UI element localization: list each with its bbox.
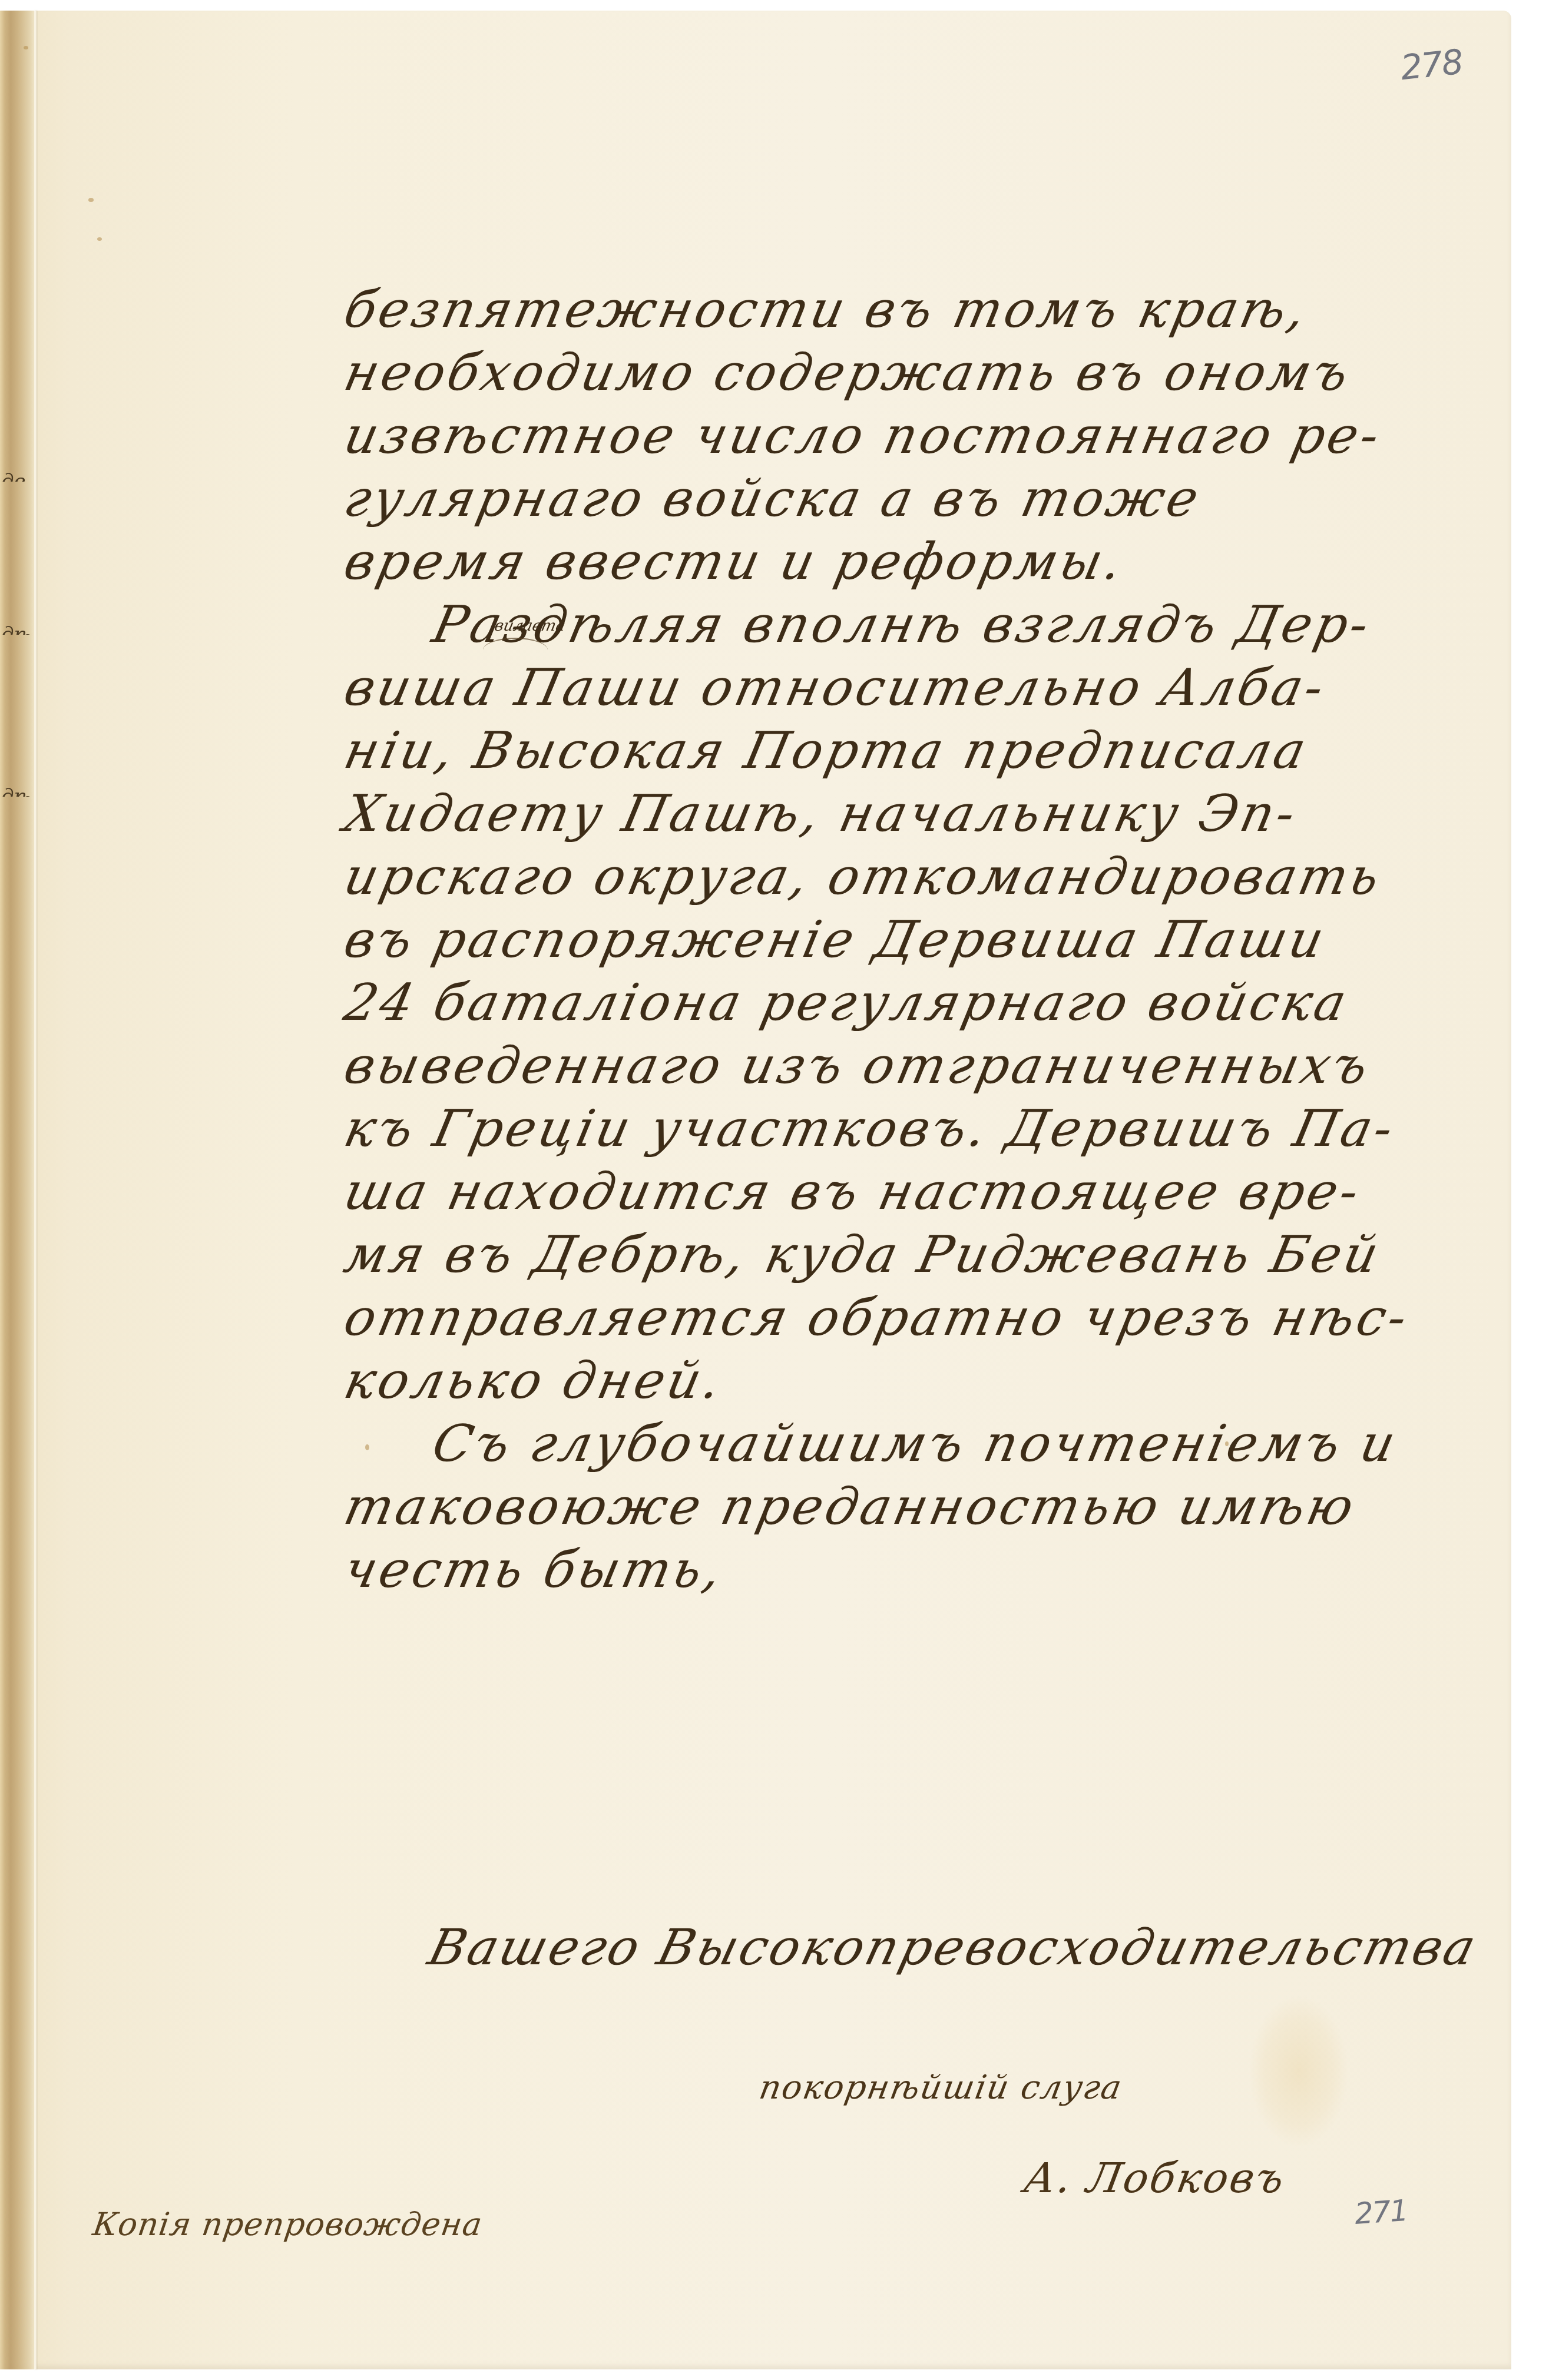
folio-number-top: 278 [1399,42,1464,88]
binding-edge [34,11,37,2369]
body-line: Хидаету Пашѣ, начальнику Эп- [339,783,1507,846]
margin-fragment: дѣ [1,623,31,635]
body-line: отправляется обратно чрезъ нѣс- [339,1287,1507,1350]
body-line: виша Паши относительно Алба- [339,657,1507,720]
body-line: ша находится въ настоящее вре- [339,1161,1507,1224]
closing-salutation: Вашего Высокопревосходительства [423,1918,1484,1976]
paper-stain [365,1444,369,1450]
binding-strip [0,11,34,2369]
folio-number-bottom: 271 [1353,2193,1408,2231]
paper-stain [97,237,102,241]
closing-servant: покорнѣйшій слуга [756,2069,1126,2107]
body-line: извѣстное число постояннаго ре- [339,405,1507,468]
body-line: 24 баталіона регулярнаго войска [339,972,1507,1035]
signature: А. Лобковъ [1021,2154,1290,2202]
margin-fragment: де [1,470,31,482]
body-line: безпятежности въ томъ краѣ, [339,279,1507,342]
body-line: честь быть, [339,1539,1507,1602]
body-line: гулярнаго войска а въ тоже [339,468,1507,531]
letter-body: безпятежности въ томъ краѣ, необходимо с… [339,279,1493,1602]
margin-fragment: дѣ [1,785,31,797]
body-line: ирскаго округа, откомандировать [339,846,1507,909]
body-line: таковоюже преданностью имѣю [339,1476,1507,1539]
body-line: колько дней. [339,1350,1507,1413]
body-line: ніи, Высокая Порта предписала [339,720,1507,783]
body-line: въ распоряженіе Дервиша Паши [339,909,1507,972]
margin-fragment: - [1,287,31,299]
embossed-seal [1249,1995,1349,2148]
paper-stain [1225,1441,1229,1446]
margin-fragment: — [1,950,31,962]
insertion-caret [483,638,548,662]
body-line: выведеннаго изъ отграниченныхъ [339,1035,1507,1098]
body-line: необходимо содержать въ ономъ [339,342,1507,405]
margin-note-copy: Копія препровождена [91,2206,485,2243]
interlinear-insertion: вилаета [493,617,567,635]
paper-stain [88,198,94,202]
body-line: къ Греціи участковъ. Дервишъ Па- [339,1098,1507,1161]
paper-stain [24,46,28,49]
body-line: время ввести и реформы. [339,531,1507,594]
body-line-paragraph-start: Съ глубочайшимъ почтеніемъ и [339,1413,1507,1476]
document-page: - де дѣ дѣ — 278 безпятежности въ томъ к… [0,11,1511,2369]
body-line: мя въ Дебрѣ, куда Риджевань Бей [339,1224,1507,1287]
